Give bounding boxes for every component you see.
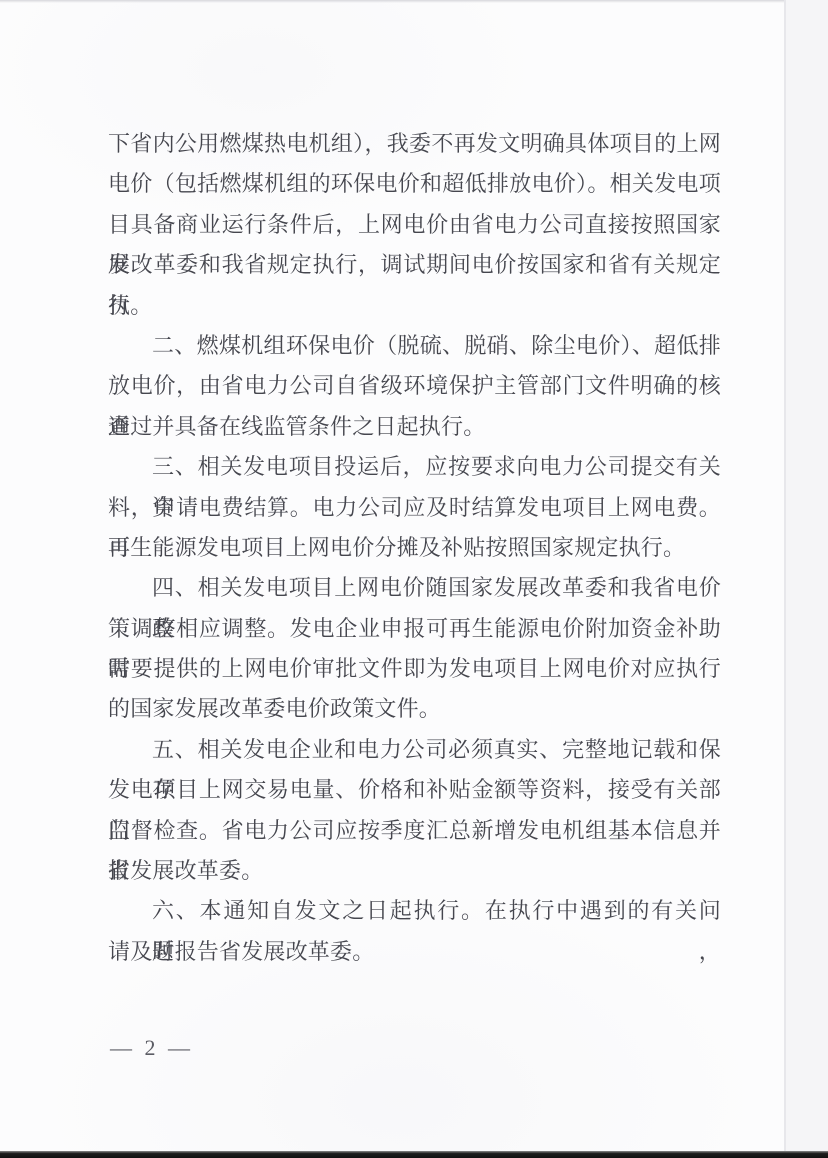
scan-fold-line-artifact bbox=[784, 0, 786, 1158]
document-body-text: 下省内公用燃煤热电机组），我委不再发文明确具体项目的上网 电价（包括燃煤机组的环… bbox=[108, 124, 721, 972]
text-line: 三、相关发电项目投运后，应按要求向电力公司提交有关资 bbox=[108, 447, 721, 487]
text-line: 再生能源发电项目上网电价分摊及补贴按照国家规定执行。 bbox=[108, 528, 721, 568]
text-line: 行。 bbox=[108, 286, 721, 326]
text-line: 目具备商业运行条件后，上网电价由省电力公司直接按照国家发 bbox=[108, 205, 721, 245]
scan-right-shade-artifact bbox=[786, 0, 828, 1158]
page-number: — 2 — bbox=[110, 1036, 191, 1060]
text-line: 五、相关发电企业和电力公司必须真实、完整地记载和保存 bbox=[108, 730, 721, 770]
text-line: 通过并具备在线监管条件之日起执行。 bbox=[108, 407, 721, 447]
text-line: 的国家发展改革委电价政策文件。 bbox=[108, 689, 721, 729]
text-line: 料，申请电费结算。电力公司应及时结算发电项目上网电费。可 bbox=[108, 488, 721, 528]
text-line: 需要提供的上网电价审批文件即为发电项目上网电价对应执行 bbox=[108, 649, 721, 689]
text-line: 电价（包括燃煤机组的环保电价和超低排放电价）。相关发电项 bbox=[108, 164, 721, 204]
text-line: 策调整相应调整。发电企业申报可再生能源电价附加资金补助时 bbox=[108, 609, 721, 649]
text-line: 省发展改革委。 bbox=[108, 851, 721, 891]
scan-bottom-edge-artifact bbox=[0, 1151, 828, 1158]
scan-top-edge-artifact bbox=[0, 0, 828, 3]
text-line: 发电项目上网交易电量、价格和补贴金额等资料，接受有关部门 bbox=[108, 770, 721, 810]
text-line: 下省内公用燃煤热电机组），我委不再发文明确具体项目的上网 bbox=[108, 124, 721, 164]
text-line: 放电价，由省电力公司自省级环境保护主管部门文件明确的核查 bbox=[108, 366, 721, 406]
text-line: 二、燃煤机组环保电价（脱硫、脱硝、除尘电价）、超低排 bbox=[108, 326, 721, 366]
scanned-document-page: { "page": { "number_label": "— 2 —" }, "… bbox=[0, 0, 828, 1158]
text-line: 展改革委和我省规定执行，调试期间电价按国家和省有关规定执 bbox=[108, 245, 721, 285]
text-line: 监督检查。省电力公司应按季度汇总新增发电机组基本信息并报 bbox=[108, 811, 721, 851]
text-line: 六、本通知自发文之日起执行。在执行中遇到的有关问题， bbox=[108, 891, 721, 931]
text-line: 四、相关发电项目上网电价随国家发展改革委和我省电价政 bbox=[108, 568, 721, 608]
